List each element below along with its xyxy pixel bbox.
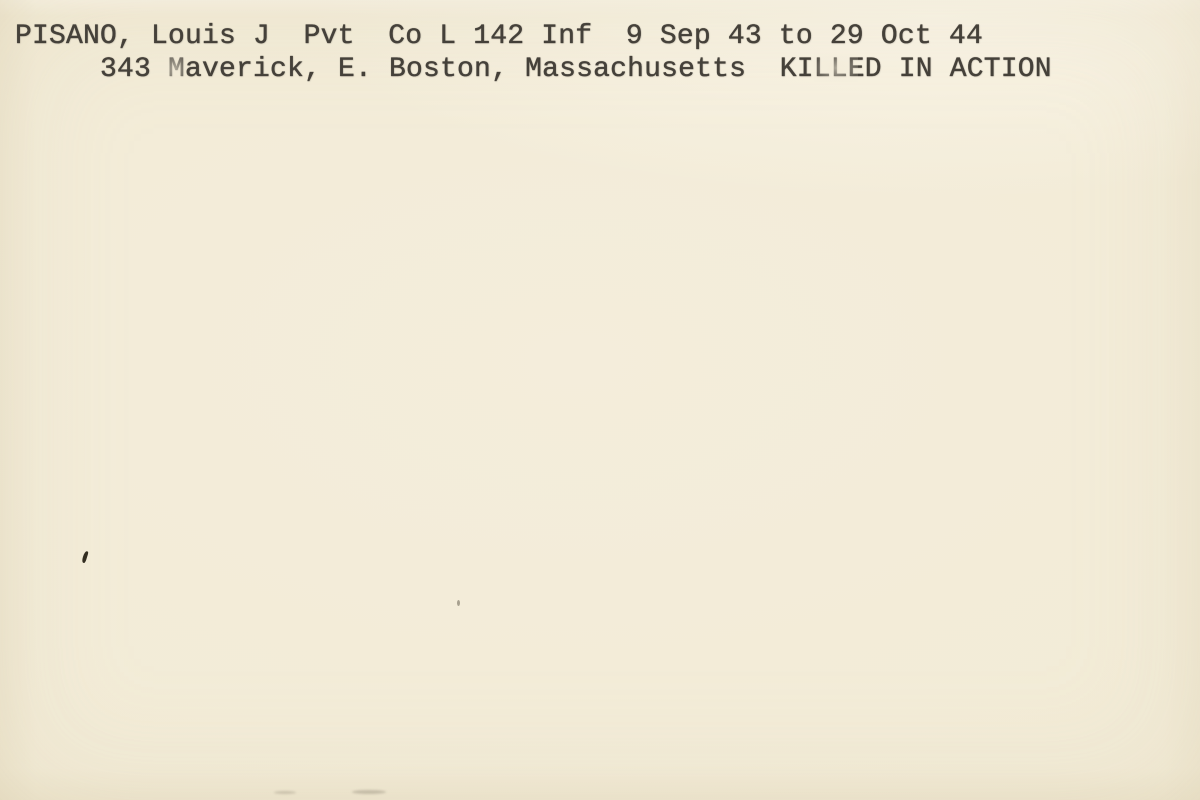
index-card: PISANO, Louis J Pvt Co L 142 Inf 9 Sep 4… xyxy=(0,0,1200,800)
service-period: 9 Sep 43 to 29 Oct 44 xyxy=(626,20,983,54)
rank: Pvt xyxy=(304,20,355,54)
stray-pen-mark xyxy=(81,551,88,564)
card-line-2: 343 Maverick, E. Boston, Massachusetts K… xyxy=(100,53,1052,87)
edge-smudge xyxy=(274,791,296,794)
edge-smudge xyxy=(352,790,386,794)
card-line-1: PISANO, Louis J Pvt Co L 142 Inf 9 Sep 4… xyxy=(15,20,983,54)
soldier-name: PISANO, Louis J xyxy=(15,20,270,54)
unit: Co L 142 Inf xyxy=(388,20,592,54)
address: 343 Maverick, E. Boston, Massachusetts xyxy=(100,53,746,87)
status-killed-in-action: KILLED IN ACTION xyxy=(780,53,1052,87)
ink-speck xyxy=(457,600,460,606)
